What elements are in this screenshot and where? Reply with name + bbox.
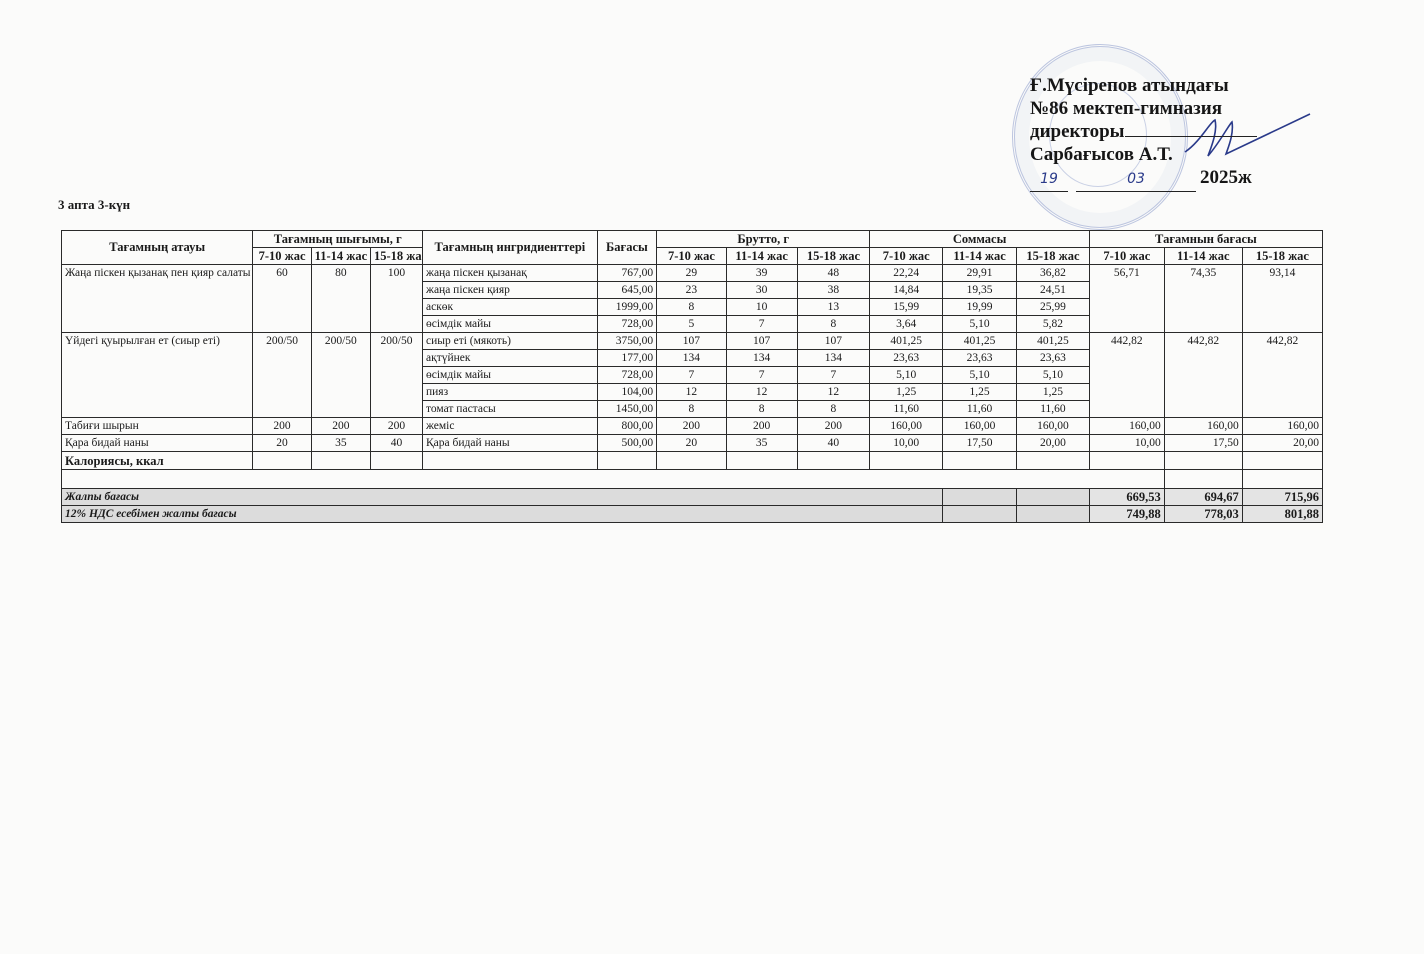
dish-output: 80 (311, 265, 370, 333)
ingredient-price: 104,00 (597, 384, 656, 401)
total-row: Жалпы бағасы 669,53 694,67 715,96 (62, 489, 1323, 506)
dish-output: 35 (311, 435, 370, 452)
ingredient-brutto: 23 (657, 282, 727, 299)
header-sum: Соммасы (870, 231, 1090, 248)
ingredient-name: пияз (423, 384, 598, 401)
ingredient-sum: 14,84 (870, 282, 943, 299)
ingredient-brutto: 107 (657, 333, 727, 350)
ingredient-sum: 5,10 (943, 367, 1017, 384)
dish-output: 200/50 (311, 333, 370, 418)
approval-date-year: 2025ж (1200, 167, 1252, 188)
ingredient-sum: 20,00 (1017, 435, 1090, 452)
ingredient-brutto: 8 (797, 401, 870, 418)
ingredient-brutto: 38 (797, 282, 870, 299)
header-dish-price-age: 11-14 жас (1164, 248, 1242, 265)
ingredient-brutto: 7 (726, 367, 797, 384)
ingredient-brutto: 48 (797, 265, 870, 282)
ingredient-brutto: 12 (797, 384, 870, 401)
ingredient-sum: 11,60 (1017, 401, 1090, 418)
dish-output: 100 (370, 265, 422, 333)
ingredient-brutto: 7 (726, 316, 797, 333)
dish-price: 442,82 (1164, 333, 1242, 418)
ingredient-brutto: 8 (657, 299, 727, 316)
ingredient-sum: 23,63 (870, 350, 943, 367)
dish-output: 200/50 (370, 333, 422, 418)
ingredient-brutto: 5 (657, 316, 727, 333)
ingredient-sum: 36,82 (1017, 265, 1090, 282)
approval-school-number: №86 мектеп-гимназия (1030, 97, 1300, 120)
dish-price: 160,00 (1164, 418, 1242, 435)
approval-block: Ғ.Мүсірепов атындағы №86 мектеп-гимназия… (1030, 74, 1300, 192)
dish-price: 20,00 (1242, 435, 1322, 452)
ingredient-sum: 17,50 (943, 435, 1017, 452)
approval-director-line: директоры (1030, 120, 1300, 143)
approval-director-name: Сарбағысов А.Т. (1030, 143, 1300, 166)
dish-output: 200 (311, 418, 370, 435)
dish-name: Табиғи шырын (62, 418, 253, 435)
approval-date-month: 03 (1076, 168, 1196, 192)
table-row: Үйдегі қуырылған ет (сиыр еті)200/50200/… (62, 333, 1323, 350)
ingredient-sum: 23,63 (1017, 350, 1090, 367)
ingredient-sum: 22,24 (870, 265, 943, 282)
ingredient-brutto: 20 (657, 435, 727, 452)
ingredient-brutto: 35 (726, 435, 797, 452)
ingredient-price: 767,00 (597, 265, 656, 282)
calories-label: Калориясы, ккал (62, 452, 253, 470)
ingredient-brutto: 107 (726, 333, 797, 350)
dish-output: 200 (370, 418, 422, 435)
ingredient-brutto: 134 (797, 350, 870, 367)
total-label: Жалпы бағасы (62, 489, 943, 506)
approval-date-day: 19 (1030, 168, 1068, 192)
ingredient-sum: 160,00 (870, 418, 943, 435)
header-brutto: Брутто, г (657, 231, 870, 248)
ingredient-brutto: 7 (657, 367, 727, 384)
total-value: 715,96 (1242, 489, 1322, 506)
ingredient-sum: 5,82 (1017, 316, 1090, 333)
ingredient-brutto: 13 (797, 299, 870, 316)
header-ingredients: Тағамның ингридиенттері (423, 231, 598, 265)
table-row: Жаңа піскен қызанақ пен қияр салаты60801… (62, 265, 1323, 282)
table-row: Қара бидай наны203540Қара бидай наны500,… (62, 435, 1323, 452)
table-row: Табиғи шырын200200200жеміс800,0020020020… (62, 418, 1323, 435)
calories-row: Калориясы, ккал (62, 452, 1323, 470)
ingredient-sum: 19,35 (943, 282, 1017, 299)
ingredient-brutto: 200 (657, 418, 727, 435)
dish-price: 160,00 (1089, 418, 1164, 435)
vat-total-value: 749,88 (1089, 506, 1164, 523)
ingredient-brutto: 30 (726, 282, 797, 299)
ingredient-brutto: 29 (657, 265, 727, 282)
header-dish-price-age: 15-18 жас (1242, 248, 1322, 265)
ingredient-brutto: 200 (797, 418, 870, 435)
dish-price: 93,14 (1242, 265, 1322, 333)
ingredient-brutto: 10 (726, 299, 797, 316)
ingredient-name: жеміс (423, 418, 598, 435)
ingredient-brutto: 8 (657, 401, 727, 418)
ingredient-sum: 11,60 (943, 401, 1017, 418)
ingredient-name: сиыр еті (мякоть) (423, 333, 598, 350)
header-output-age: 7-10 жас (253, 248, 311, 265)
header-dish-name: Тағамның атауы (62, 231, 253, 265)
ingredient-name: ақтүйнек (423, 350, 598, 367)
header-brutto-age: 15-18 жас (797, 248, 870, 265)
ingredient-brutto: 107 (797, 333, 870, 350)
dish-output: 200 (253, 418, 311, 435)
ingredient-brutto: 40 (797, 435, 870, 452)
ingredient-brutto: 134 (726, 350, 797, 367)
ingredient-name: аскөк (423, 299, 598, 316)
ingredient-price: 1999,00 (597, 299, 656, 316)
dish-name: Үйдегі қуырылған ет (сиыр еті) (62, 333, 253, 418)
ingredient-price: 645,00 (597, 282, 656, 299)
ingredient-sum: 1,25 (1017, 384, 1090, 401)
total-value: 669,53 (1089, 489, 1164, 506)
ingredient-sum: 401,25 (1017, 333, 1090, 350)
ingredient-sum: 401,25 (870, 333, 943, 350)
ingredient-brutto: 7 (797, 367, 870, 384)
ingredient-price: 800,00 (597, 418, 656, 435)
dish-output: 60 (253, 265, 311, 333)
dish-name: Қара бидай наны (62, 435, 253, 452)
ingredient-brutto: 12 (726, 384, 797, 401)
ingredient-sum: 29,91 (943, 265, 1017, 282)
menu-body: Жаңа піскен қызанақ пен қияр салаты60801… (62, 265, 1323, 523)
ingredient-sum: 160,00 (943, 418, 1017, 435)
ingredient-sum: 10,00 (870, 435, 943, 452)
approval-date: 19032025ж (1030, 166, 1300, 192)
ingredient-name: өсімдік майы (423, 316, 598, 333)
header-output-age: 15-18 жас (370, 248, 422, 265)
header-price: Бағасы (597, 231, 656, 265)
ingredient-brutto: 12 (657, 384, 727, 401)
approval-director-title: директоры (1030, 121, 1125, 142)
vat-total-value: 778,03 (1164, 506, 1242, 523)
ingredient-name: томат пастасы (423, 401, 598, 418)
header-output: Тағамның шығымы, г (253, 231, 423, 248)
ingredient-name: өсімдік майы (423, 367, 598, 384)
ingredient-sum: 401,25 (943, 333, 1017, 350)
ingredient-name: жаңа піскен қызанақ (423, 265, 598, 282)
header-sum-age: 15-18 жас (1017, 248, 1090, 265)
signature-line (1125, 122, 1257, 137)
ingredient-sum: 24,51 (1017, 282, 1090, 299)
ingredient-sum: 1,25 (943, 384, 1017, 401)
vat-total-row: 12% НДС есебімен жалпы бағасы 749,88 778… (62, 506, 1323, 523)
spacer-row (62, 470, 1323, 489)
ingredient-sum: 160,00 (1017, 418, 1090, 435)
dish-output: 200/50 (253, 333, 311, 418)
ingredient-name: жаңа піскен қияр (423, 282, 598, 299)
dish-name: Жаңа піскен қызанақ пен қияр салаты (62, 265, 253, 333)
header-dish-price-age: 7-10 жас (1089, 248, 1164, 265)
dish-price: 442,82 (1242, 333, 1322, 418)
menu-table: Тағамның атауы Тағамның шығымы, г Тағамн… (61, 230, 1323, 523)
dish-price: 56,71 (1089, 265, 1164, 333)
ingredient-brutto: 8 (797, 316, 870, 333)
ingredient-sum: 25,99 (1017, 299, 1090, 316)
header-brutto-age: 7-10 жас (657, 248, 727, 265)
ingredient-brutto: 134 (657, 350, 727, 367)
header-sum-age: 7-10 жас (870, 248, 943, 265)
dish-price: 442,82 (1089, 333, 1164, 418)
vat-total-label: 12% НДС есебімен жалпы бағасы (62, 506, 943, 523)
ingredient-brutto: 39 (726, 265, 797, 282)
ingredient-price: 1450,00 (597, 401, 656, 418)
header-brutto-age: 11-14 жас (726, 248, 797, 265)
ingredient-sum: 5,10 (943, 316, 1017, 333)
dish-price: 10,00 (1089, 435, 1164, 452)
ingredient-price: 500,00 (597, 435, 656, 452)
vat-total-value: 801,88 (1242, 506, 1322, 523)
ingredient-sum: 11,60 (870, 401, 943, 418)
ingredient-sum: 1,25 (870, 384, 943, 401)
ingredient-sum: 23,63 (943, 350, 1017, 367)
ingredient-sum: 5,10 (870, 367, 943, 384)
header-sum-age: 11-14 жас (943, 248, 1017, 265)
ingredient-sum: 3,64 (870, 316, 943, 333)
total-value: 694,67 (1164, 489, 1242, 506)
ingredient-price: 177,00 (597, 350, 656, 367)
ingredient-sum: 5,10 (1017, 367, 1090, 384)
ingredient-price: 728,00 (597, 367, 656, 384)
ingredient-name: Қара бидай наны (423, 435, 598, 452)
header-output-age: 11-14 жас (311, 248, 370, 265)
approval-school-name: Ғ.Мүсірепов атындағы (1030, 74, 1300, 97)
ingredient-brutto: 200 (726, 418, 797, 435)
header-dish-price: Тағамнын бағасы (1089, 231, 1322, 248)
ingredient-price: 3750,00 (597, 333, 656, 350)
dish-output: 40 (370, 435, 422, 452)
dish-output: 20 (253, 435, 311, 452)
ingredient-sum: 15,99 (870, 299, 943, 316)
dish-price: 74,35 (1164, 265, 1242, 333)
dish-price: 17,50 (1164, 435, 1242, 452)
ingredient-sum: 19,99 (943, 299, 1017, 316)
dish-price: 160,00 (1242, 418, 1322, 435)
ingredient-price: 728,00 (597, 316, 656, 333)
ingredient-brutto: 8 (726, 401, 797, 418)
day-label: 3 апта 3-күн (58, 197, 130, 213)
